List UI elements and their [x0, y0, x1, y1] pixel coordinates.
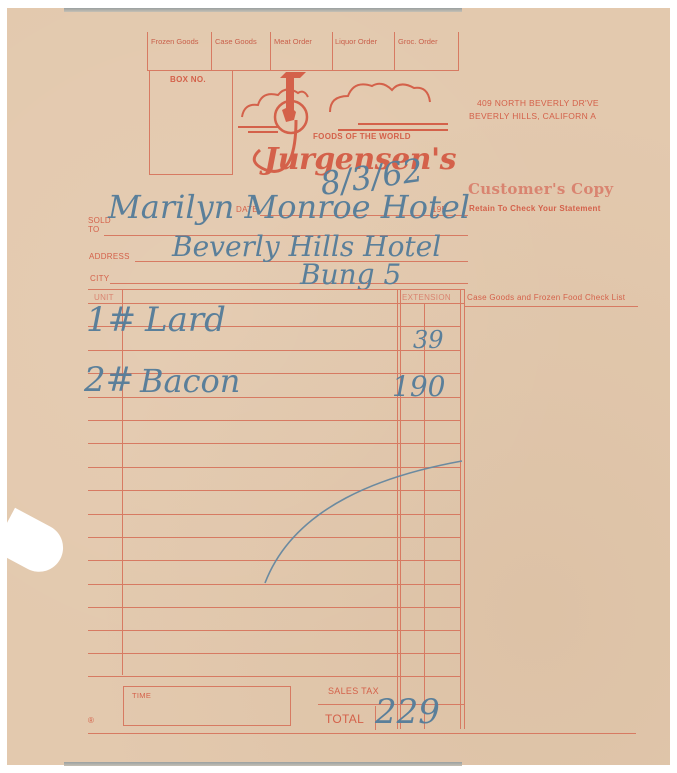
- tab-liquor-order: Liquor Order: [335, 37, 377, 46]
- extension-header: EXTENSION: [402, 293, 451, 302]
- total-label: TOTAL: [325, 712, 364, 726]
- tab-case-goods: Case Goods: [215, 37, 257, 46]
- time-label: TIME: [132, 691, 151, 700]
- store-address-line1: 409 NORTH BEVERLY DR'VE: [477, 98, 599, 108]
- sales-tax-label: SALES TAX: [328, 686, 379, 696]
- checklist-header: Case Goods and Frozen Food Check List: [467, 293, 625, 302]
- handwritten-city: Bung 5: [300, 258, 401, 291]
- item-description: Bacon: [140, 362, 240, 400]
- top-tape: [64, 8, 462, 12]
- tab-meat-order: Meat Order: [274, 37, 312, 46]
- handwritten-sold-to: Marilyn Monroe Hotel: [108, 188, 470, 226]
- item-extension: 190: [392, 370, 445, 403]
- address-label: ADDRESS: [89, 252, 130, 261]
- customers-copy-title: Customer's Copy: [468, 180, 613, 198]
- item-unit: 2#: [84, 360, 134, 400]
- sold-to-label: SOLD TO: [88, 216, 106, 234]
- customers-copy-subtitle: Retain To Check Your Statement: [469, 204, 601, 213]
- box-number-field: [149, 70, 233, 175]
- item-description: Lard: [145, 300, 226, 340]
- total-value: 229: [375, 692, 440, 732]
- bottom-tape: [64, 762, 462, 766]
- item-unit: 1#: [86, 300, 136, 340]
- logo-tagline: FOODS OF THE WORLD: [313, 132, 411, 141]
- tab-frozen-goods: Frozen Goods: [151, 37, 199, 46]
- box-number-label: BOX NO.: [170, 75, 206, 84]
- registered-mark: ®: [88, 716, 94, 725]
- tab-groc-order: Groc. Order: [398, 37, 438, 46]
- city-label: CITY: [90, 274, 109, 283]
- store-address-line2: BEVERLY HILLS, CALIFORN A: [469, 111, 596, 121]
- item-extension: 39: [413, 326, 444, 354]
- pen-stroke: [255, 455, 470, 590]
